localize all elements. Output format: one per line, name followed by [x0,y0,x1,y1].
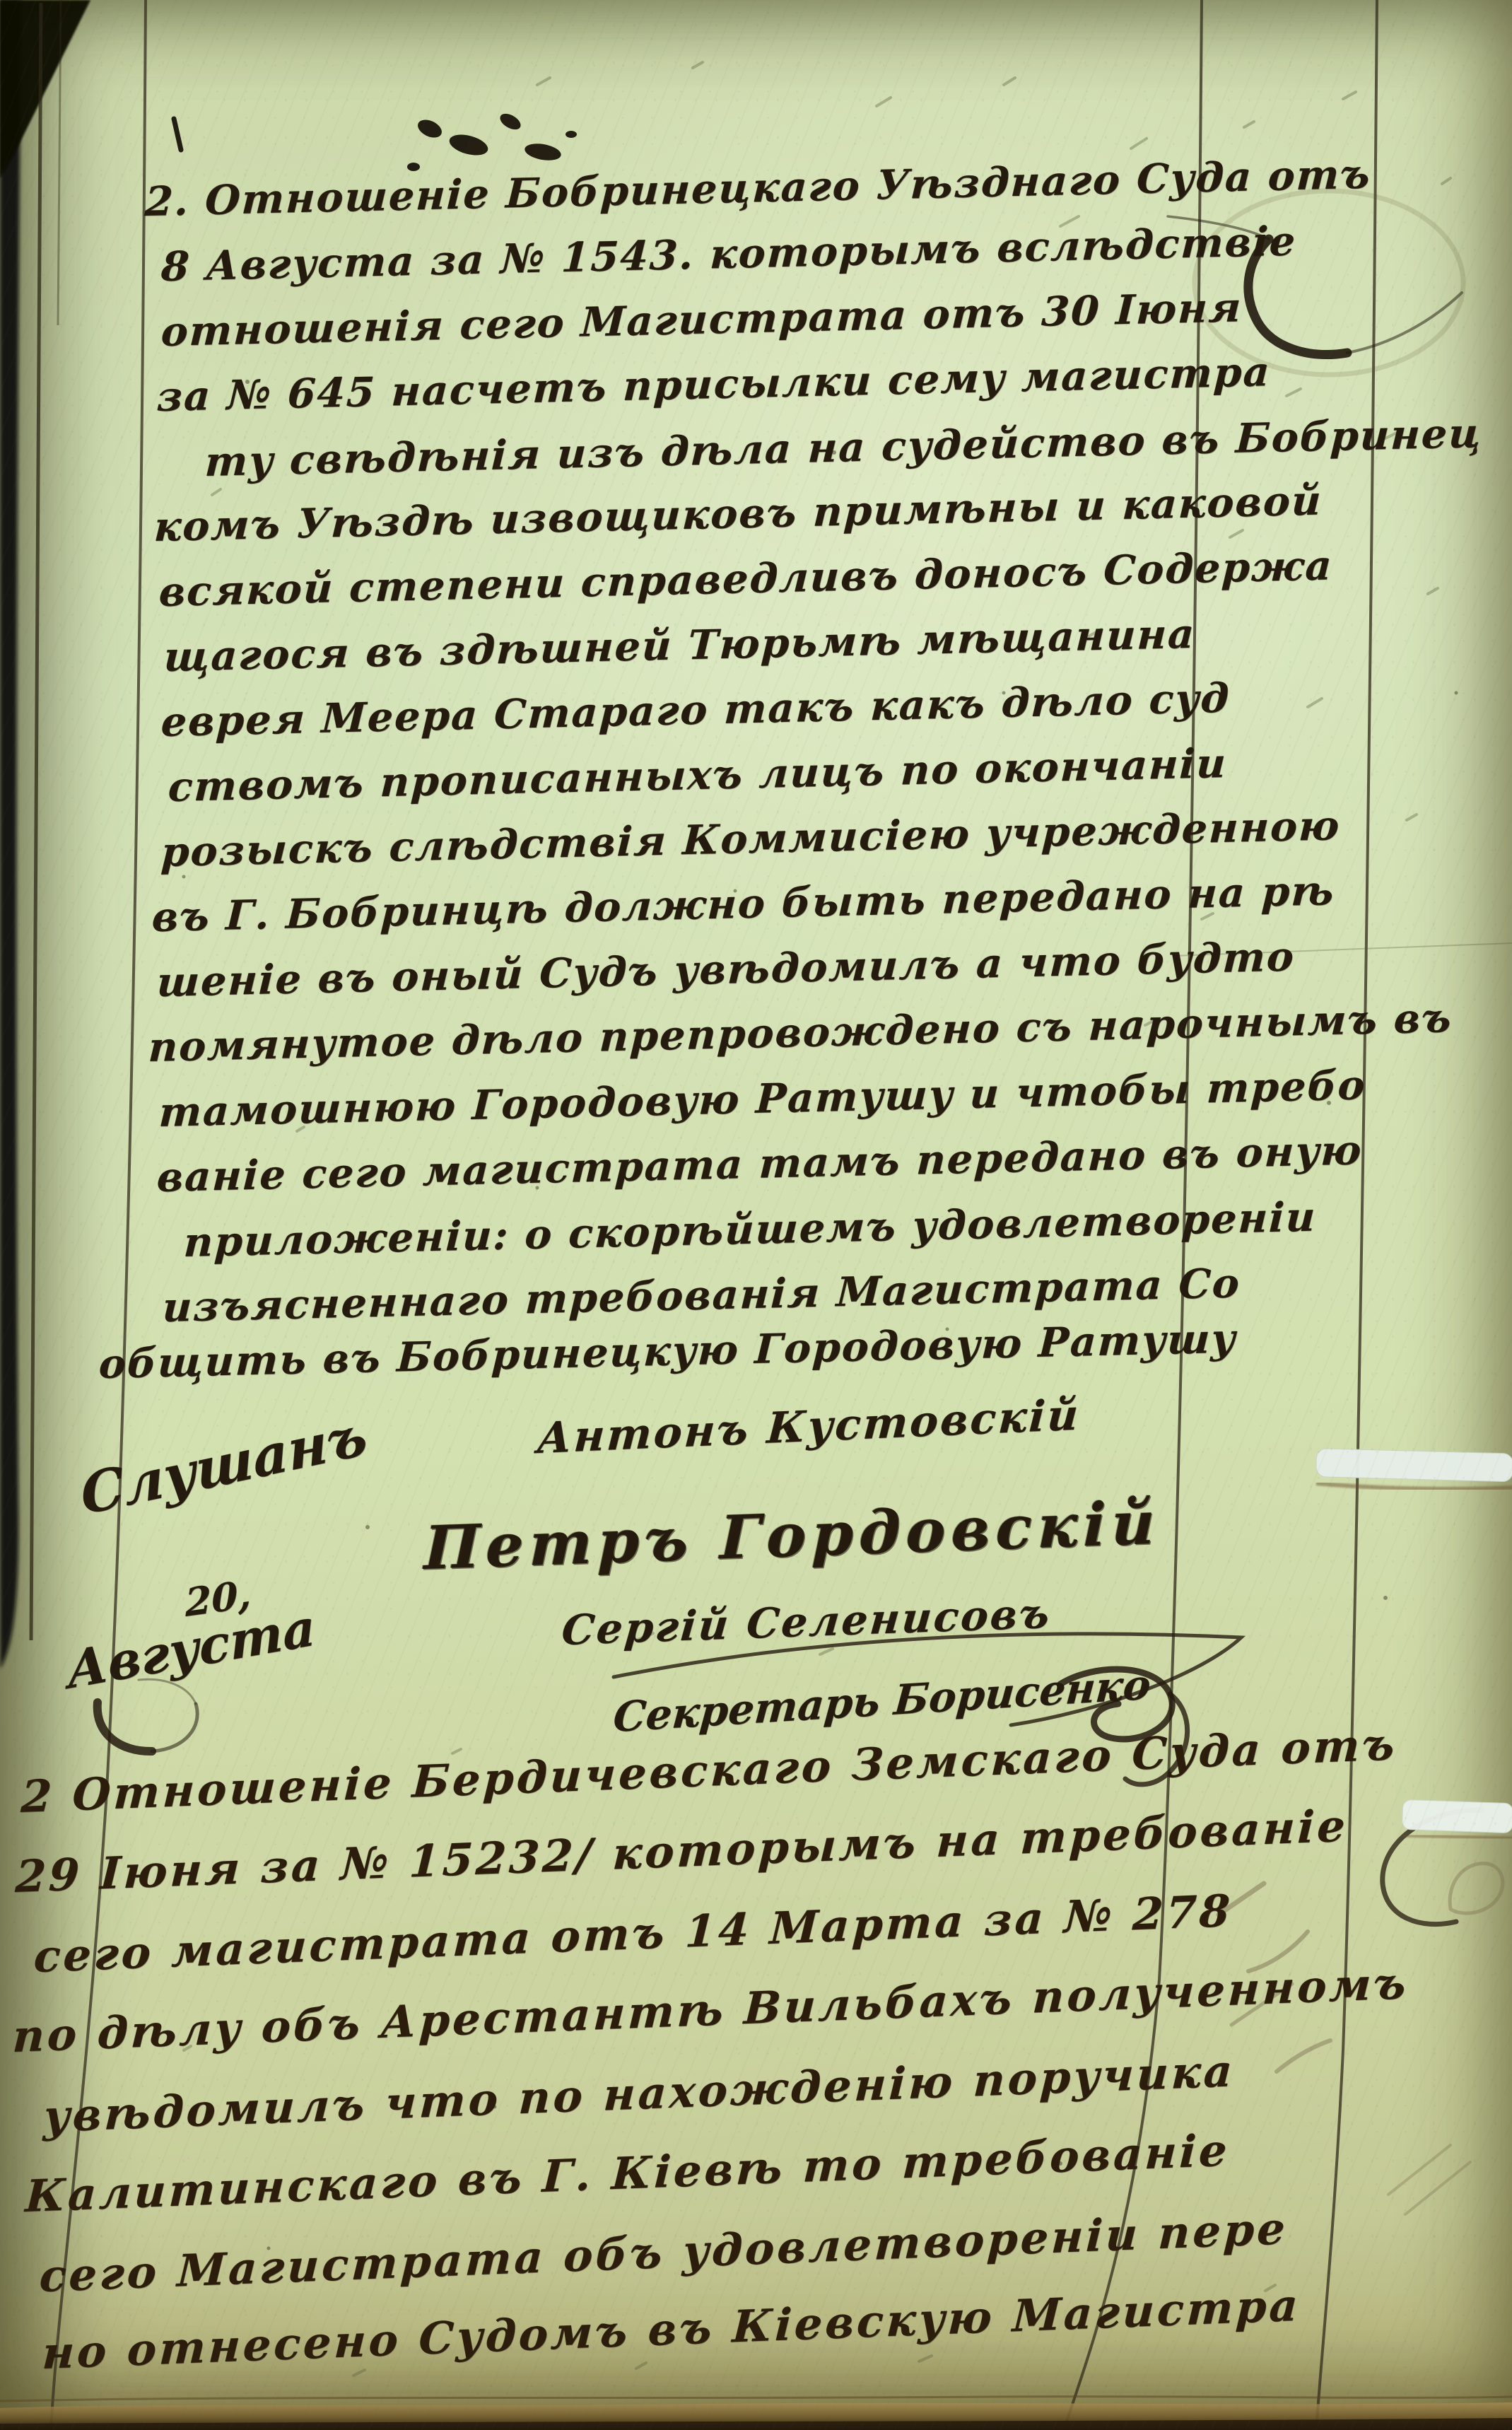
ink-blot-cluster [174,110,577,171]
bottom-curl [0,2397,1512,2430]
tape-repair [1316,1449,1512,1838]
manuscript-page: 2. Отношеніе Бобринецкаго Уѣзднаго Суда … [0,0,1512,2430]
left-margin-rule [51,0,146,2430]
gutter-shadow [0,0,90,1669]
pencil-scribbles [1219,1864,1503,2214]
stamp-crescent [1168,191,1463,375]
right-rule-outer [1316,0,1377,2430]
